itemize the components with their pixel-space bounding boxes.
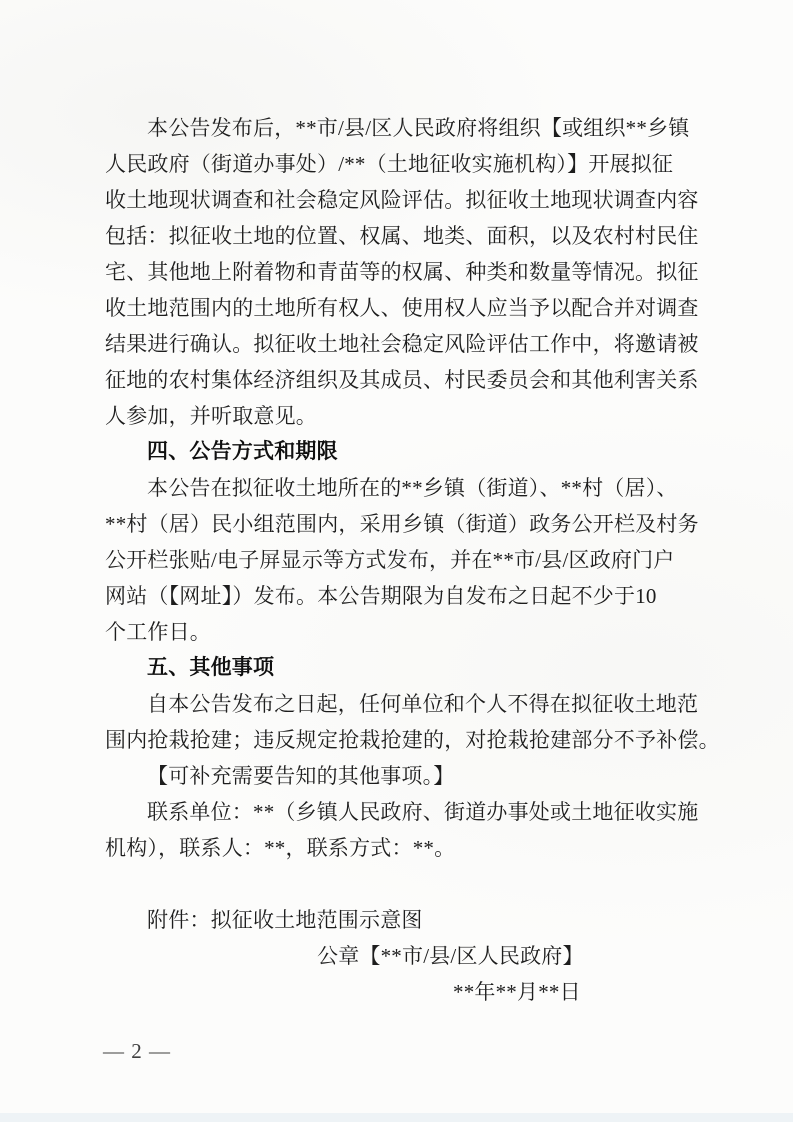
body-line: 本公告在拟征收土地所在的**乡镇（街道）、**村（居）、 [105,470,688,506]
paragraph-4: 【可补充需要告知的其他事项。】 [105,758,688,794]
scan-bottom-edge [0,1113,793,1122]
body-line: 宅、其他地上附着物和青苗等的权属、种类和数量等情况。拟征 [105,254,688,290]
paragraph-2: 本公告在拟征收土地所在的**乡镇（街道）、**村（居）、 **村（居）民小组范围… [105,470,688,650]
body-line: 【可补充需要告知的其他事项。】 [105,758,688,794]
body-line: 人民政府（街道办事处）/**（土地征收实施机构）】开展拟征 [105,146,688,182]
document-body: 本公告发布后，**市/县/区人民政府将组织【或组织**乡镇 人民政府（街道办事处… [105,110,688,1010]
body-line: 自本公告发布之日起，任何单位和个人不得在拟征收土地范 [105,686,688,722]
body-line: 人参加，并听取意见。 [105,398,688,434]
body-line: 网站（【网址】）发布。本公告期限为自发布之日起不少于10 [105,578,688,614]
paragraph-1: 本公告发布后，**市/县/区人民政府将组织【或组织**乡镇 人民政府（街道办事处… [105,110,688,434]
paragraph-5: 联系单位：**（乡镇人民政府、街道办事处或土地征收实施 机构），联系人：**，联… [105,794,688,866]
spacer-line [105,866,688,902]
body-line: 征地的农村集体经济组织及其成员、村民委员会和其他利害关系 [105,362,688,398]
attachment-line: 附件：拟征收土地范围示意图 [105,902,688,938]
body-line: 结果进行确认。拟征收土地社会稳定风险评估工作中，将邀请被 [105,326,688,362]
body-line: 公开栏张贴/电子屏显示等方式发布，并在**市/县/区政府门户 [105,542,688,578]
seal-line: 公章【**市/县/区人民政府】 [105,938,688,974]
body-line: 机构），联系人：**，联系方式：**。 [105,830,688,866]
body-line: 收土地现状调查和社会稳定风险评估。拟征收土地现状调查内容 [105,182,688,218]
section-heading-4: 四、公告方式和期限 [105,434,688,470]
body-line: 联系单位：**（乡镇人民政府、街道办事处或土地征收实施 [105,794,688,830]
paragraph-3: 自本公告发布之日起，任何单位和个人不得在拟征收土地范 围内抢栽抢建；违反规定抢栽… [105,686,688,758]
body-line: 收土地范围内的土地所有权人、使用权人应当予以配合并对调查 [105,290,688,326]
body-line: 个工作日。 [105,614,688,650]
scanned-document-page: 本公告发布后，**市/县/区人民政府将组织【或组织**乡镇 人民政府（街道办事处… [0,0,793,1122]
date-line: **年**月**日 [105,974,688,1010]
body-line: 包括：拟征收土地的位置、权属、地类、面积，以及农村村民住 [105,218,688,254]
section-heading-5: 五、其他事项 [105,650,688,686]
page-number: — 2 — [103,1036,171,1066]
body-line: 本公告发布后，**市/县/区人民政府将组织【或组织**乡镇 [105,110,688,146]
body-line: 围内抢栽抢建；违反规定抢栽抢建的，对抢栽抢建部分不予补偿。 [105,722,688,758]
body-line: **村（居）民小组范围内，采用乡镇（街道）政务公开栏及村务 [105,506,688,542]
